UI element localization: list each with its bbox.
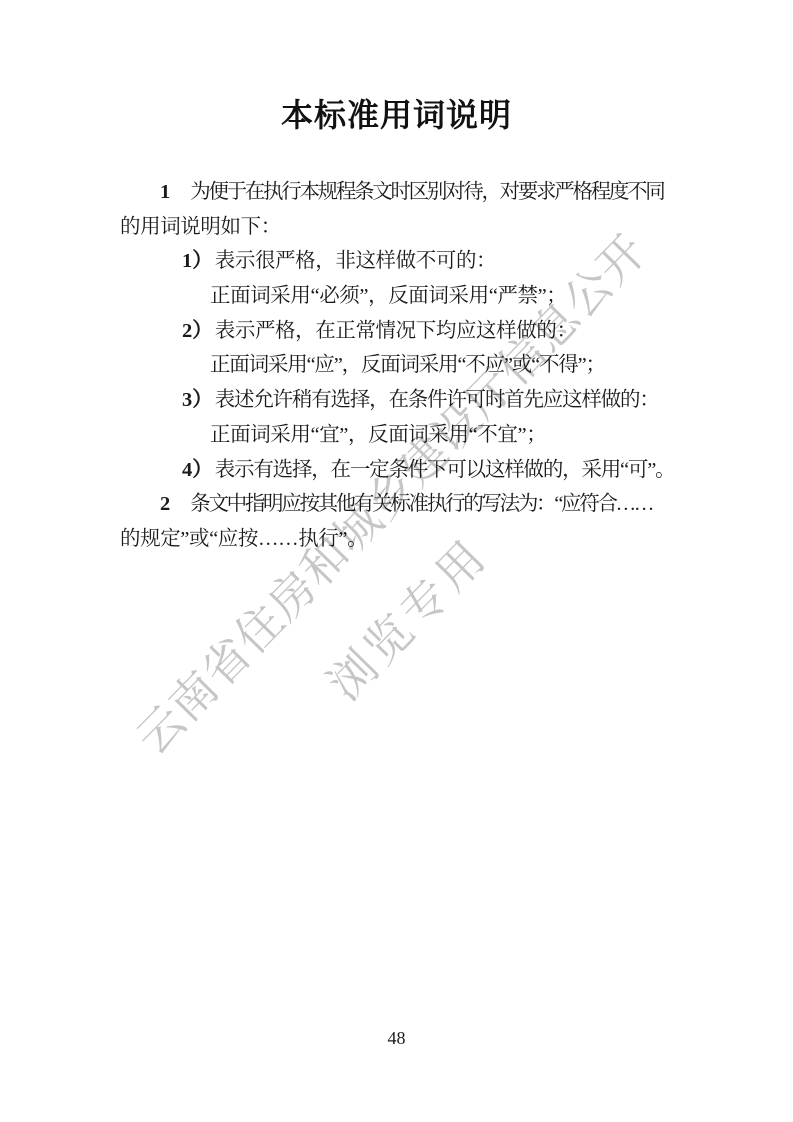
line-text: 正面词采用“必须”，反面词采用“严禁”；	[210, 285, 566, 307]
item-number: 2）	[182, 320, 213, 342]
list-item-line: 正面词采用“宜”，反面词采用“不宜”；	[120, 418, 678, 453]
page-number: 48	[0, 1028, 793, 1049]
page-title: 本标准用词说明	[0, 90, 793, 136]
paragraph-line: 的用词说明如下：	[120, 210, 678, 245]
paragraph-number: 2	[160, 493, 170, 515]
list-item-line: 4）表示有选择，在一定条件下可以这样做的，采用“可”。	[120, 453, 678, 488]
line-text: 表述允许稍有选择，在条件许可时首先应这样做的：	[215, 389, 659, 411]
line-text: 的用词说明如下：	[120, 216, 281, 238]
paragraph-number: 1	[160, 181, 170, 203]
item-number: 4）	[182, 459, 213, 481]
line-text: 正面词采用“宜”，反面词采用“不宜”；	[210, 424, 546, 446]
item-number: 1）	[182, 250, 213, 272]
list-item-line: 2）表示严格，在正常情况下均应这样做的：	[120, 314, 678, 349]
list-item-line: 1）表示很严格，非这样做不可的：	[120, 244, 678, 279]
line-text: 的规定”或“应按……执行”。	[120, 528, 367, 550]
paragraph-line: 2条文中指明应按其他有关标准执行的写法为：“应符合……	[120, 487, 678, 522]
item-number: 3）	[182, 389, 213, 411]
paragraph-line: 的规定”或“应按……执行”。	[120, 522, 678, 557]
list-item-line: 正面词采用“必须”，反面词采用“严禁”；	[120, 279, 678, 314]
list-item-line: 正面词采用“应”，反面词采用“不应”或“不得”；	[120, 348, 678, 383]
line-text: 为便于在执行本规程条文时区别对待，对要求严格程度不同	[190, 181, 663, 203]
list-item-line: 3）表述允许稍有选择，在条件许可时首先应这样做的：	[120, 383, 678, 418]
document-page: 云南省住房和城乡建设厅信息公开 浏览专用 本标准用词说明 1为便于在执行本规程条…	[0, 0, 793, 1122]
document-body: 1为便于在执行本规程条文时区别对待，对要求严格程度不同 的用词说明如下： 1）表…	[120, 175, 678, 557]
paragraph-line: 1为便于在执行本规程条文时区别对待，对要求严格程度不同	[120, 175, 678, 210]
line-text: 表示有选择，在一定条件下可以这样做的，采用“可”。	[215, 459, 675, 481]
line-text: 表示很严格，非这样做不可的：	[215, 250, 496, 272]
line-text: 表示严格，在正常情况下均应这样做的：	[215, 320, 577, 342]
line-text: 条文中指明应按其他有关标准执行的写法为：“应符合……	[190, 493, 652, 515]
line-text: 正面词采用“应”，反面词采用“不应”或“不得”；	[210, 354, 605, 376]
